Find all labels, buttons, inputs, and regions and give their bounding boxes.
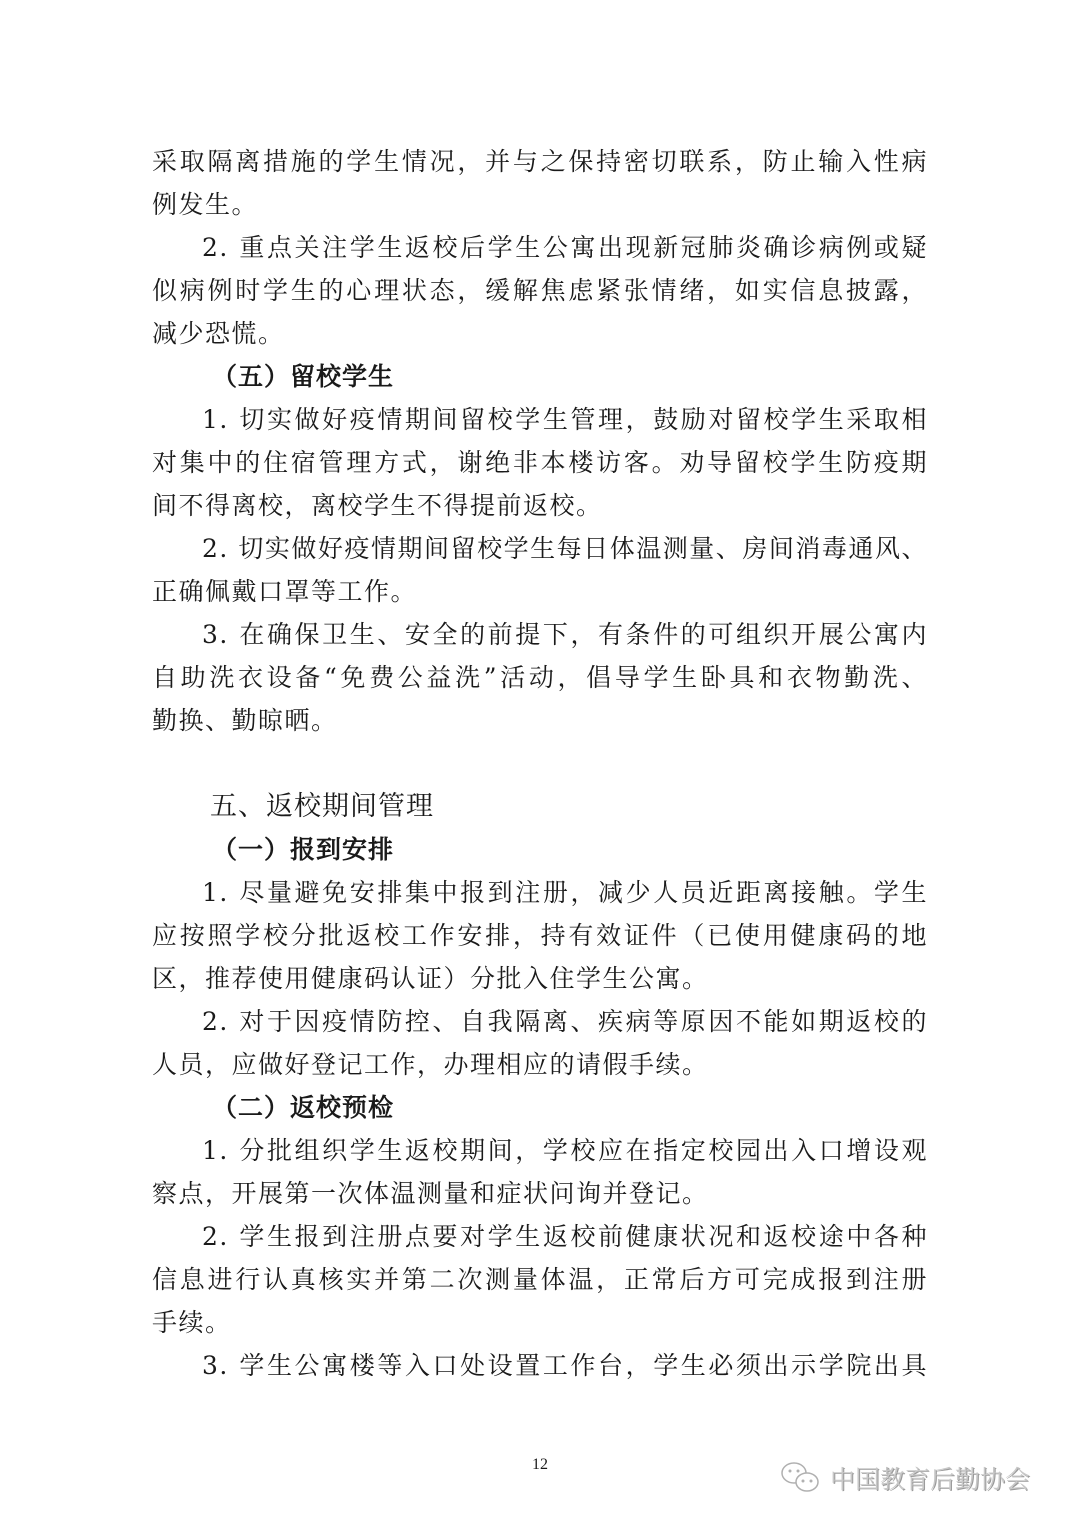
text-line: 间不得离校，离校学生不得提前返校。	[152, 484, 928, 527]
text-line: 勤换、勤晾晒。	[152, 699, 928, 742]
paragraph: 1. 分批组织学生返校期间，学校应在指定校园出入口增设观 察点，开展第一次体温测…	[152, 1129, 928, 1215]
text-line: 正确佩戴口罩等工作。	[152, 570, 928, 613]
paragraph: 采取隔离措施的学生情况，并与之保持密切联系，防止输入性病 例发生。	[152, 140, 928, 226]
paragraph: 2. 学生报到注册点要对学生返校前健康状况和返校途中各种 信息进行认真核实并第二…	[152, 1215, 928, 1344]
text-line: 1. 切实做好疫情期间留校学生管理，鼓励对留校学生采取相	[152, 398, 928, 441]
document-page: 采取隔离措施的学生情况，并与之保持密切联系，防止输入性病 例发生。 2. 重点关…	[152, 140, 928, 1387]
paragraph: 3. 学生公寓楼等入口处设置工作台，学生必须出示学院出具	[152, 1344, 928, 1387]
text-line: 察点，开展第一次体温测量和症状问询并登记。	[152, 1172, 928, 1215]
text-line: 3. 在确保卫生、安全的前提下，有条件的可组织开展公寓内	[152, 613, 928, 656]
text-line: 例发生。	[152, 183, 928, 226]
text-line: 3. 学生公寓楼等入口处设置工作台，学生必须出示学院出具	[152, 1344, 928, 1387]
paragraph: 1. 切实做好疫情期间留校学生管理，鼓励对留校学生采取相 对集中的住宿管理方式，…	[152, 398, 928, 527]
wechat-icon	[780, 1461, 822, 1495]
watermark: 中国教育后勤协会	[780, 1458, 1030, 1498]
text-line: 2. 重点关注学生返校后学生公寓出现新冠肺炎确诊病例或疑	[152, 226, 928, 269]
text-line: 自助洗衣设备“免费公益洗”活动，倡导学生卧具和衣物勤洗、	[152, 656, 928, 699]
text-line: 区，推荐使用健康码认证）分批入住学生公寓。	[152, 957, 928, 1000]
text-line: 手续。	[152, 1301, 928, 1344]
watermark-text: 中国教育后勤协会	[830, 1460, 1030, 1496]
subheading: （一）报到安排	[152, 828, 928, 871]
section-heading: 五、返校期间管理	[152, 785, 928, 828]
text-line: 1. 分批组织学生返校期间，学校应在指定校园出入口增设观	[152, 1129, 928, 1172]
paragraph: 3. 在确保卫生、安全的前提下，有条件的可组织开展公寓内 自助洗衣设备“免费公益…	[152, 613, 928, 742]
text-line: 1. 尽量避免安排集中报到注册，减少人员近距离接触。学生	[152, 871, 928, 914]
text-line: 2. 对于因疫情防控、自我隔离、疾病等原因不能如期返校的	[152, 1000, 928, 1043]
text-line: 应按照学校分批返校工作安排，持有效证件（已使用健康码的地	[152, 914, 928, 957]
text-line: 采取隔离措施的学生情况，并与之保持密切联系，防止输入性病	[152, 140, 928, 183]
text-line: 对集中的住宿管理方式，谢绝非本楼访客。劝导留校学生防疫期	[152, 441, 928, 484]
text-line: 2. 学生报到注册点要对学生返校前健康状况和返校途中各种	[152, 1215, 928, 1258]
text-line: 减少恐慌。	[152, 312, 928, 355]
text-line: 人员，应做好登记工作，办理相应的请假手续。	[152, 1043, 928, 1086]
paragraph: 1. 尽量避免安排集中报到注册，减少人员近距离接触。学生 应按照学校分批返校工作…	[152, 871, 928, 1000]
text-line: 信息进行认真核实并第二次测量体温，正常后方可完成报到注册	[152, 1258, 928, 1301]
text-line: 2. 切实做好疫情期间留校学生每日体温测量、房间消毒通风、	[152, 527, 928, 570]
paragraph: 2. 切实做好疫情期间留校学生每日体温测量、房间消毒通风、 正确佩戴口罩等工作。	[152, 527, 928, 613]
text-line: 似病例时学生的心理状态，缓解焦虑紧张情绪，如实信息披露，	[152, 269, 928, 312]
subheading: （二）返校预检	[152, 1086, 928, 1129]
subheading: （五）留校学生	[152, 355, 928, 398]
paragraph: 2. 对于因疫情防控、自我隔离、疾病等原因不能如期返校的 人员，应做好登记工作，…	[152, 1000, 928, 1086]
paragraph: 2. 重点关注学生返校后学生公寓出现新冠肺炎确诊病例或疑 似病例时学生的心理状态…	[152, 226, 928, 355]
